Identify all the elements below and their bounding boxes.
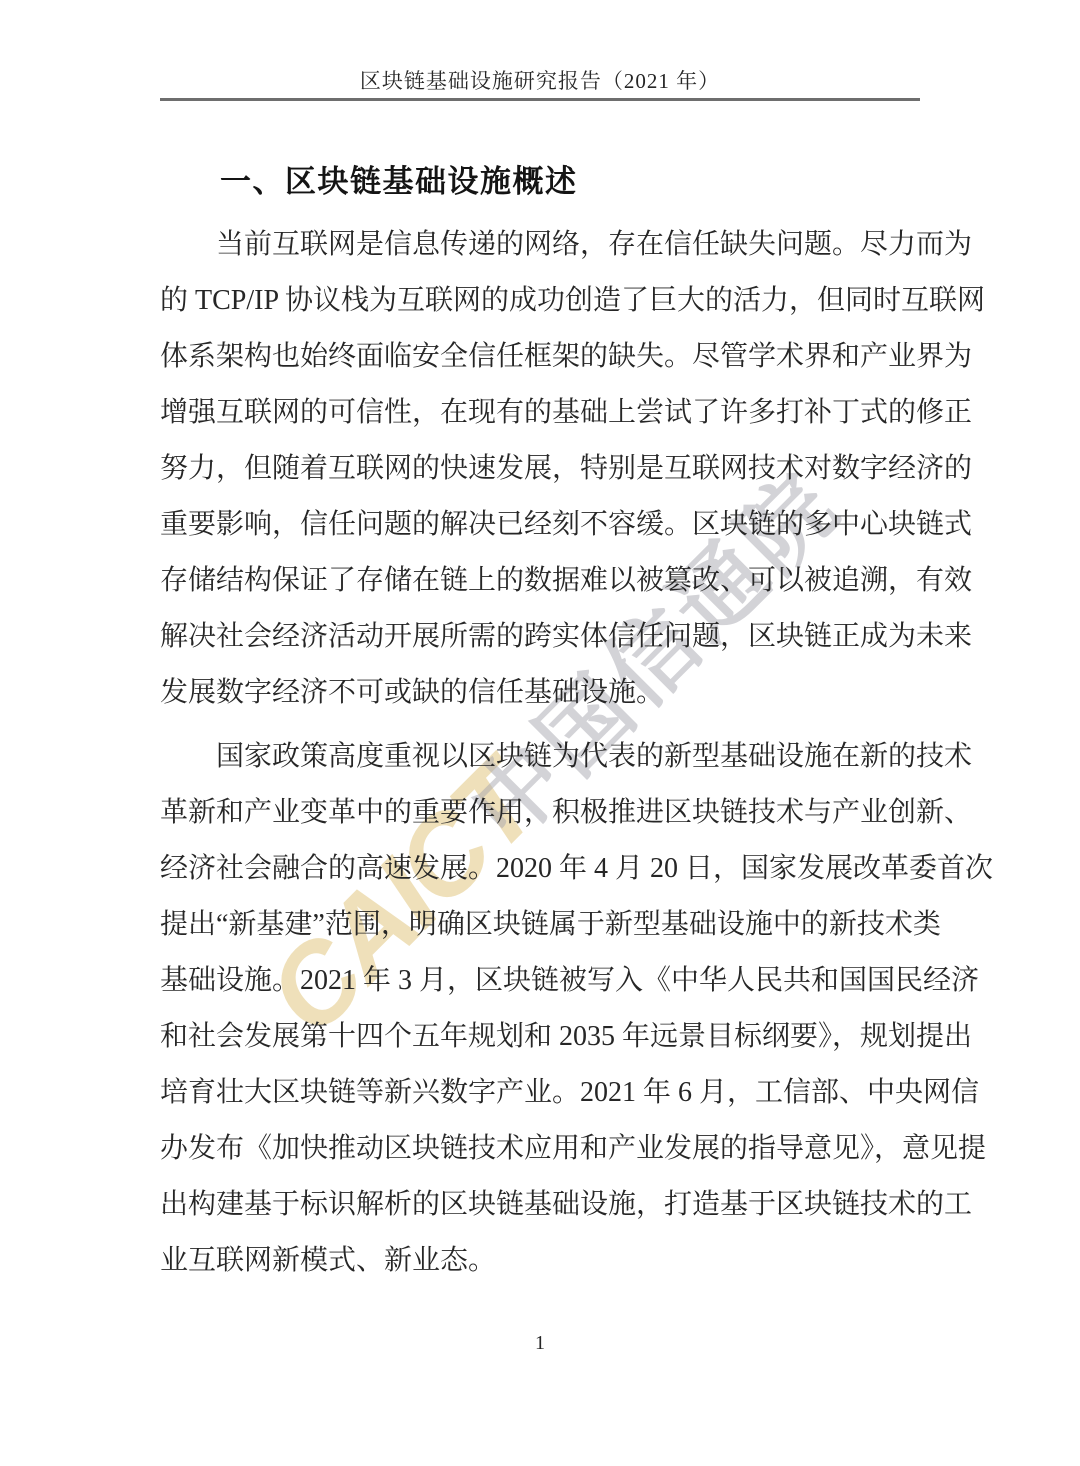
text-line: 努力，但随着互联网的快速发展，特别是互联网技术对数字经济的 xyxy=(160,441,920,497)
header-divider xyxy=(160,98,920,101)
text-line: 提出“新基建”范围，明确区块链属于新型基础设施中的新技术类 xyxy=(160,897,920,953)
text-line: 的 TCP/IP 协议栈为互联网的成功创造了巨大的活力，但同时互联网 xyxy=(160,273,920,329)
text-line: 发展数字经济不可或缺的信任基础设施。 xyxy=(160,665,920,721)
text-line: 办发布《加快推动区块链技术应用和产业发展的指导意见》，意见提 xyxy=(160,1121,920,1177)
text-line: 基础设施。2021 年 3 月，区块链被写入《中华人民共和国国民经济 xyxy=(160,953,920,1009)
text-line: 业互联网新模式、新业态。 xyxy=(160,1233,920,1289)
text-line: 当前互联网是信息传递的网络，存在信任缺失问题。尽力而为 xyxy=(160,217,920,273)
text-line: 存储结构保证了存储在链上的数据难以被篡改、可以被追溯，有效 xyxy=(160,553,920,609)
paragraph-1: 当前互联网是信息传递的网络，存在信任缺失问题。尽力而为的 TCP/IP 协议栈为… xyxy=(160,217,920,721)
text-line: 经济社会融合的高速发展。2020 年 4 月 20 日，国家发展改革委首次 xyxy=(160,841,920,897)
text-line: 解决社会经济活动开展所需的跨实体信任问题，区块链正成为未来 xyxy=(160,609,920,665)
text-line: 培育壮大区块链等新兴数字产业。2021 年 6 月，工信部、中央网信 xyxy=(160,1065,920,1121)
paragraph-2: 国家政策高度重视以区块链为代表的新型基础设施在新的技术革新和产业变革中的重要作用… xyxy=(160,729,920,1289)
text-line: 革新和产业变革中的重要作用，积极推进区块链技术与产业创新、 xyxy=(160,785,920,841)
section-heading: 一、区块链基础设施概述 xyxy=(220,160,578,204)
text-line: 体系架构也始终面临安全信任框架的缺失。尽管学术界和产业界为 xyxy=(160,329,920,385)
text-line: 国家政策高度重视以区块链为代表的新型基础设施在新的技术 xyxy=(160,729,920,785)
text-line: 出构建基于标识解析的区块链基础设施，打造基于区块链技术的工 xyxy=(160,1177,920,1233)
text-line: 重要影响，信任问题的解决已经刻不容缓。区块链的多中心块链式 xyxy=(160,497,920,553)
page-number: 1 xyxy=(0,1332,1080,1355)
text-line: 和社会发展第十四个五年规划和 2035 年远景目标纲要》，规划提出 xyxy=(160,1009,920,1065)
text-line: 增强互联网的可信性，在现有的基础上尝试了许多打补丁式的修正 xyxy=(160,385,920,441)
report-header-title: 区块链基础设施研究报告（2021 年） xyxy=(0,68,1080,94)
